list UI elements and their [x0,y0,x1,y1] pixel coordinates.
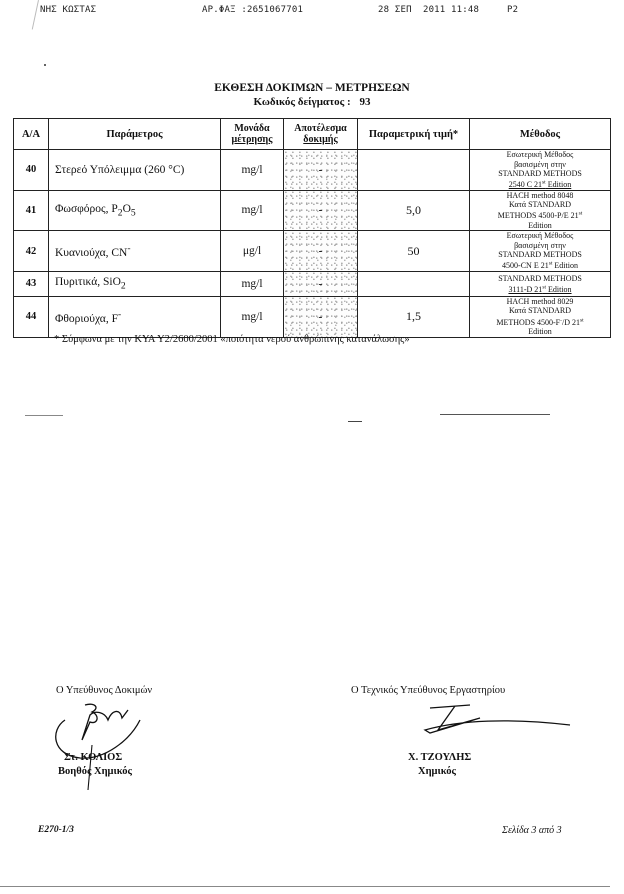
method-text: METHODS 4500-P/E 21 [498,211,579,220]
method-line: STANDARD METHODS [498,250,582,259]
method-line: βασισμένη στην [514,160,566,169]
method-line: Κατά STANDARD [509,200,571,209]
row-unit: mg/l [221,190,284,231]
param-text: Φθοριούχα, F [55,313,118,325]
row-method: HACH method 8029 Κατά STANDARD METHODS 4… [470,296,611,337]
row-aa: 42 [14,231,49,272]
col-header-unit-line1: Μονάδα [234,123,269,134]
bottom-edge-line [0,886,610,887]
param-sub: 2 [121,281,126,292]
row-result: - [284,231,358,272]
scan-artifact [25,415,63,416]
method-sup: st [579,211,583,217]
method-text: Edition [546,180,572,189]
scan-speck [44,64,46,66]
fax-header: ΝΗΣ ΚΩΣΤΑΣ ΑΡ.ΦΑΞ :2651067701 28 ΣΕΠ 201… [0,5,624,19]
method-text: METHODS 4500-F [496,318,560,327]
method-line: 2540 C 21st Edition [509,180,572,189]
right-signatory-role: Χημικός [418,766,456,777]
row-parametric-value: 1,5 [358,296,470,337]
row-parameter: Φθοριούχα, F- [49,296,221,337]
row-parameter: Πυριτικά, SiO2 [49,271,221,296]
row-aa: 41 [14,190,49,231]
row-aa: 40 [14,150,49,191]
row-aa: 44 [14,296,49,337]
col-header-result-line1: Αποτέλεσμα [294,123,346,134]
method-line: HACH method 8048 [507,191,574,200]
method-text: Edition [546,285,572,294]
row-method: Εσωτερική Μέθοδος βασισμένη στην STANDAR… [470,231,611,272]
method-text: Edition [552,261,578,270]
row-parametric-value: 5,0 [358,190,470,231]
col-header-aa: Α/Α [14,119,49,150]
param-sup: - [118,309,121,320]
table-row: 42 Κυανιούχα, CN- μg/l - 50 Εσωτερική Μέ… [14,231,611,272]
row-unit: μg/l [221,231,284,272]
col-header-parametric-value: Παραμετρική τιμή* [358,119,470,150]
sample-code-value: 93 [359,96,370,108]
report-title: ΕΚΘΕΣΗ ΔΟΚΙΜΩΝ – ΜΕΤΡΗΣΕΩΝ [0,82,624,94]
param-text: Φωσφόρος, P [55,203,118,215]
right-signatory-name: Χ. ΤΖΟΥΛΗΣ [408,752,471,763]
method-line: 4500-CN E 21st Edition [502,261,578,270]
method-line: STANDARD METHODS [498,169,582,178]
left-signatory-role: Βοηθός Χημικός [58,766,132,777]
row-parametric-value [358,150,470,191]
col-header-result: Αποτέλεσμα δοκιμής [284,119,358,150]
method-text: 3111-D 21 [508,285,542,294]
sample-code-line: Κωδικός δείγματος : 93 [0,96,624,108]
method-line: HACH method 8029 [507,297,574,306]
row-parameter: Κυανιούχα, CN- [49,231,221,272]
method-line: Edition [528,327,552,336]
table-row: 41 Φωσφόρος, P2O5 mg/l - 5,0 HACH method… [14,190,611,231]
row-parametric-value [358,271,470,296]
method-line: Κατά STANDARD [509,306,571,315]
method-sup: st [580,317,584,323]
row-unit: mg/l [221,296,284,337]
col-header-unit-line2: μέτρησης [232,134,273,145]
fax-number: ΑΡ.ΦΑΞ :2651067701 [202,5,303,15]
method-line: STANDARD METHODS [498,274,582,283]
fax-sender: ΝΗΣ ΚΩΣΤΑΣ [40,5,96,15]
row-method: HACH method 8048 Κατά STANDARD METHODS 4… [470,190,611,231]
row-parameter: Φωσφόρος, P2O5 [49,190,221,231]
method-line: METHODS 4500-F-/D 21st [496,318,583,327]
row-unit: mg/l [221,150,284,191]
method-line: Εσωτερική Μέθοδος [507,150,574,159]
param-text: Κυανιούχα, CN [55,247,127,259]
col-header-parameter: Παράμετρος [49,119,221,150]
param-text: Πυριτικά, SiO [55,276,121,288]
row-result: - [284,271,358,296]
row-result: - [284,150,358,191]
row-method: STANDARD METHODS 3111-D 21st Edition [470,271,611,296]
fax-datetime: 28 ΣΕΠ 2011 11:48 [378,5,479,15]
col-header-unit: Μονάδα μέτρησης [221,119,284,150]
scan-artifact [440,414,550,415]
row-method: Εσωτερική Μέθοδος βασισμένη στην STANDAR… [470,150,611,191]
table-footnote: * Σύμφωνα με την ΚΥΑ Υ2/2600/2001 «ποιότ… [54,334,410,345]
method-line: Edition [528,221,552,230]
param-sub: 5 [131,207,136,218]
results-table: Α/Α Παράμετρος Μονάδα μέτρησης Αποτέλεσμ… [13,118,611,338]
table-row: 43 Πυριτικά, SiO2 mg/l - STANDARD METHOD… [14,271,611,296]
row-aa: 43 [14,271,49,296]
scan-artifact [348,421,362,422]
row-parameter: Στερεό Υπόλειμμα (260 °C) [49,150,221,191]
table-header-row: Α/Α Παράμετρος Μονάδα μέτρησης Αποτέλεσμ… [14,119,611,150]
row-unit: mg/l [221,271,284,296]
method-line: Εσωτερική Μέθοδος [507,231,574,240]
sample-code-label: Κωδικός δείγματος : [254,96,351,108]
row-parametric-value: 50 [358,231,470,272]
col-header-result-line2: δοκιμής [303,134,337,145]
table-row: 40 Στερεό Υπόλειμμα (260 °C) mg/l - Εσωτ… [14,150,611,191]
fax-page: P2 [507,5,518,15]
col-header-method: Μέθοδος [470,119,611,150]
left-signatory-name: Στ. ΚΟΛΙΟΣ [64,752,122,763]
right-signature-label: Ο Τεχνικός Υπεύθυνος Εργαστηρίου [351,685,505,696]
left-signature-label: Ο Υπεύθυνος Δοκιμών [56,685,152,696]
param-sup: - [127,243,130,254]
param-text: O [123,203,131,215]
method-line: 3111-D 21st Edition [508,285,571,294]
method-line: METHODS 4500-P/E 21st [498,211,583,220]
row-result: - [284,296,358,337]
page-number: Σελίδα 3 από 3 [502,825,562,836]
method-text: /D 21 [562,318,580,327]
method-text: 4500-CN E 21 [502,261,549,270]
method-text: 2540 C 21 [509,180,542,189]
form-code: E270-1/3 [38,825,74,835]
method-line: βασισμένη στην [514,241,566,250]
right-signature-icon [420,700,580,740]
table-row: 44 Φθοριούχα, F- mg/l - 1,5 HACH method … [14,296,611,337]
row-result: - [284,190,358,231]
